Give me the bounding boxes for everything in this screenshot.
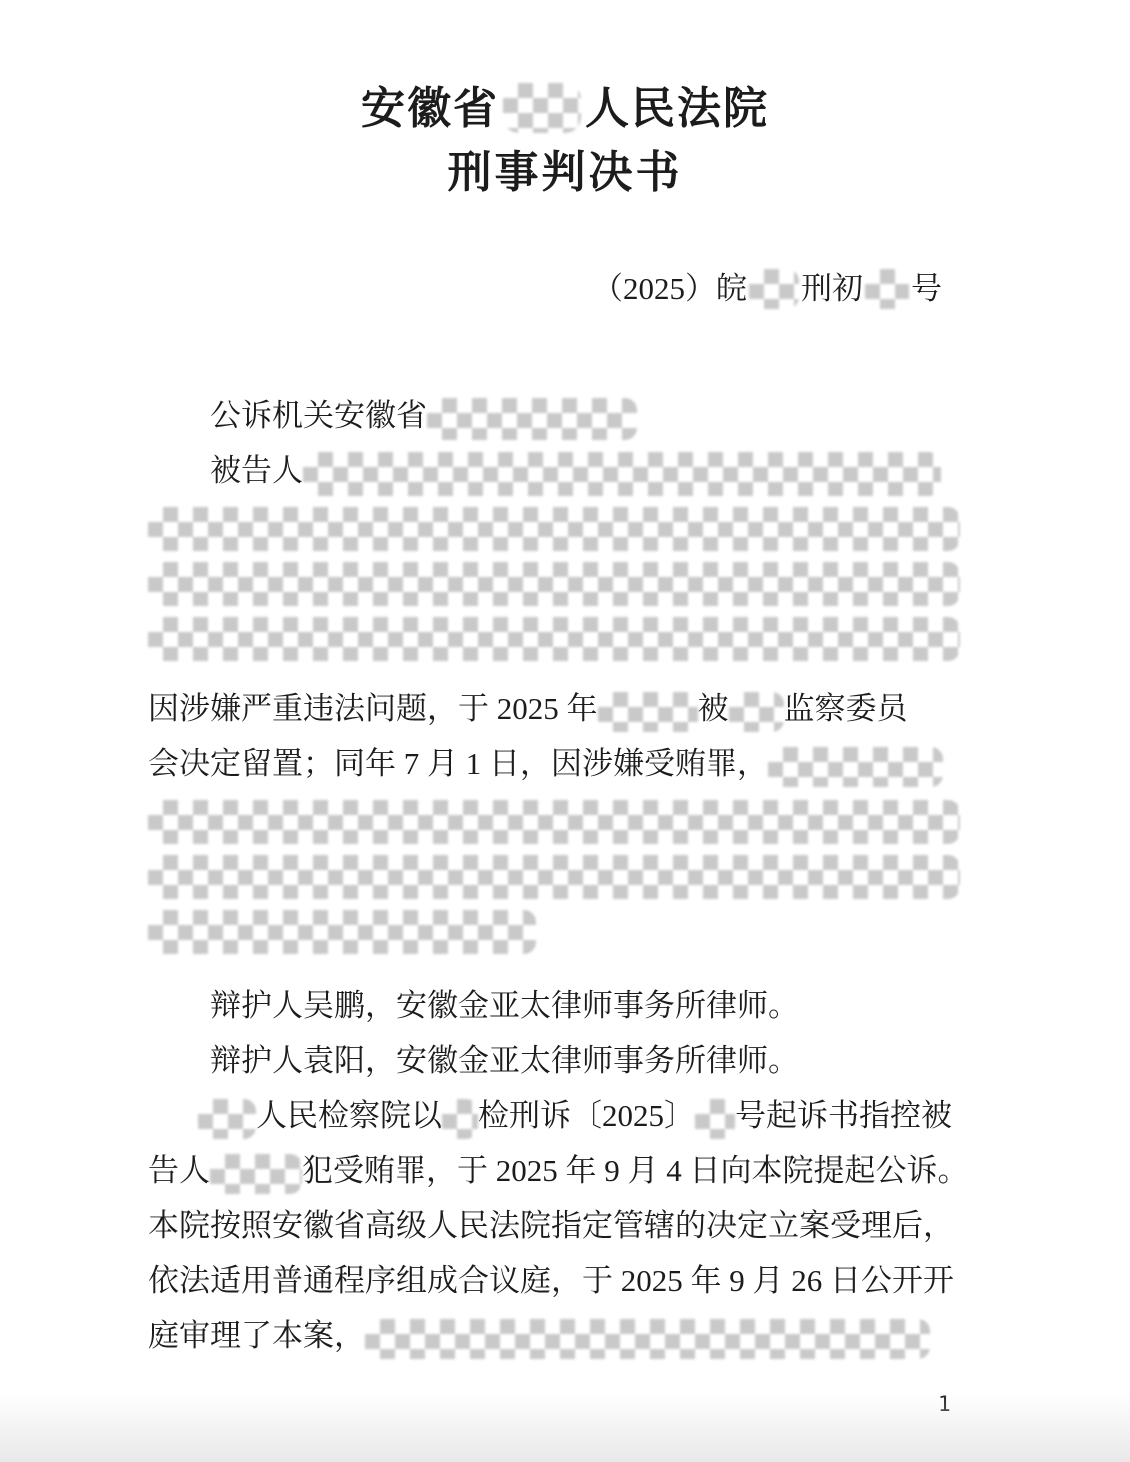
indictment-text-1c: 号起诉书指控被 [735, 1098, 952, 1133]
redacted-row [148, 608, 960, 663]
prosecutor-line: 公诉机关安徽省 [148, 388, 960, 443]
redaction-block [148, 617, 960, 661]
hearing-text: 庭审理了本案， [148, 1318, 365, 1353]
redaction-block [148, 800, 960, 844]
judgment-document-page: 安徽省人民法院 刑事判决书 （2025）皖刑初号 公诉机关安徽省 被告人 因涉嫌… [0, 0, 1130, 1462]
redacted-row [148, 791, 960, 846]
procedure-line: 依法适用普通程序组成合议庭，于 2025 年 9 月 26 日公开开 [148, 1253, 960, 1308]
redaction-block [198, 1099, 256, 1139]
document-body: 公诉机关安徽省 被告人 因涉嫌严重违法问题，于 2025 年被监察委员 会决定留… [148, 388, 960, 1363]
doc-type-title: 刑事判决书 [0, 146, 1130, 200]
case-number-prefix: （2025）皖 [592, 271, 747, 306]
redaction-block [768, 747, 943, 787]
redaction-block [598, 692, 698, 732]
redaction-block [503, 83, 581, 133]
defender-line-2: 辩护人袁阳，安徽金亚太律师事务所律师。 [148, 1033, 960, 1088]
page-number: 1 [938, 1392, 951, 1416]
redaction-block [148, 855, 960, 899]
indictment-line-1: 人民检察院以检刑诉〔2025〕号起诉书指控被 [148, 1088, 960, 1143]
indictment-text-2b: 犯受贿罪，于 2025 年 9 月 4 日向本院提起公诉。 [302, 1153, 969, 1188]
redaction-block [148, 562, 960, 606]
hearing-line: 庭审理了本案， [148, 1308, 960, 1363]
jurisdiction-line: 本院按照安徽省高级人民法院指定管辖的决定立案受理后， [148, 1198, 960, 1253]
detention-line-1: 因涉嫌严重违法问题，于 2025 年被监察委员 [148, 681, 960, 736]
indictment-line-2: 告人犯受贿罪，于 2025 年 9 月 4 日向本院提起公诉。 [148, 1143, 960, 1198]
case-number-mid: 刑初 [801, 271, 863, 306]
indictment-text-1b: 检刑诉〔2025〕 [478, 1098, 695, 1133]
indictment-text-1a: 人民检察院以 [256, 1098, 442, 1133]
detention-line-2: 会决定留置；同年 7 月 1 日，因涉嫌受贿罪， [148, 736, 960, 791]
redaction-block [303, 452, 941, 496]
redaction-block [148, 507, 960, 551]
redaction-block [695, 1099, 735, 1139]
detention-text-1a: 因涉嫌严重违法问题，于 2025 年 [148, 691, 598, 726]
detention-text-2: 会决定留置；同年 7 月 1 日，因涉嫌受贿罪， [148, 746, 768, 781]
redaction-block [427, 398, 637, 440]
redacted-row [148, 553, 960, 608]
redaction-block [749, 269, 799, 309]
indictment-text-2a: 告人 [148, 1153, 210, 1188]
redaction-block [210, 1154, 302, 1194]
redacted-row [148, 498, 960, 553]
court-title-line: 安徽省人民法院 [0, 82, 1130, 136]
prosecutor-text: 公诉机关安徽省 [210, 398, 427, 433]
detention-text-1b: 被 [698, 691, 729, 726]
court-title-suffix: 人民法院 [585, 84, 769, 133]
case-number-suffix: 号 [911, 271, 942, 306]
redaction-block [442, 1099, 478, 1139]
defendant-line: 被告人 [148, 443, 960, 498]
redacted-row [148, 846, 960, 901]
case-number-line: （2025）皖刑初号 [592, 268, 942, 310]
court-title-prefix: 安徽省 [361, 84, 499, 133]
redacted-row-partial [148, 901, 960, 956]
defendant-label: 被告人 [210, 453, 303, 488]
defender-line-1: 辩护人吴鹏，安徽金亚太律师事务所律师。 [148, 978, 960, 1033]
redaction-block [148, 910, 536, 954]
redaction-block [865, 269, 909, 309]
redaction-block [729, 692, 784, 732]
redaction-block [365, 1319, 930, 1359]
detention-text-1c: 监察委员 [784, 691, 908, 726]
